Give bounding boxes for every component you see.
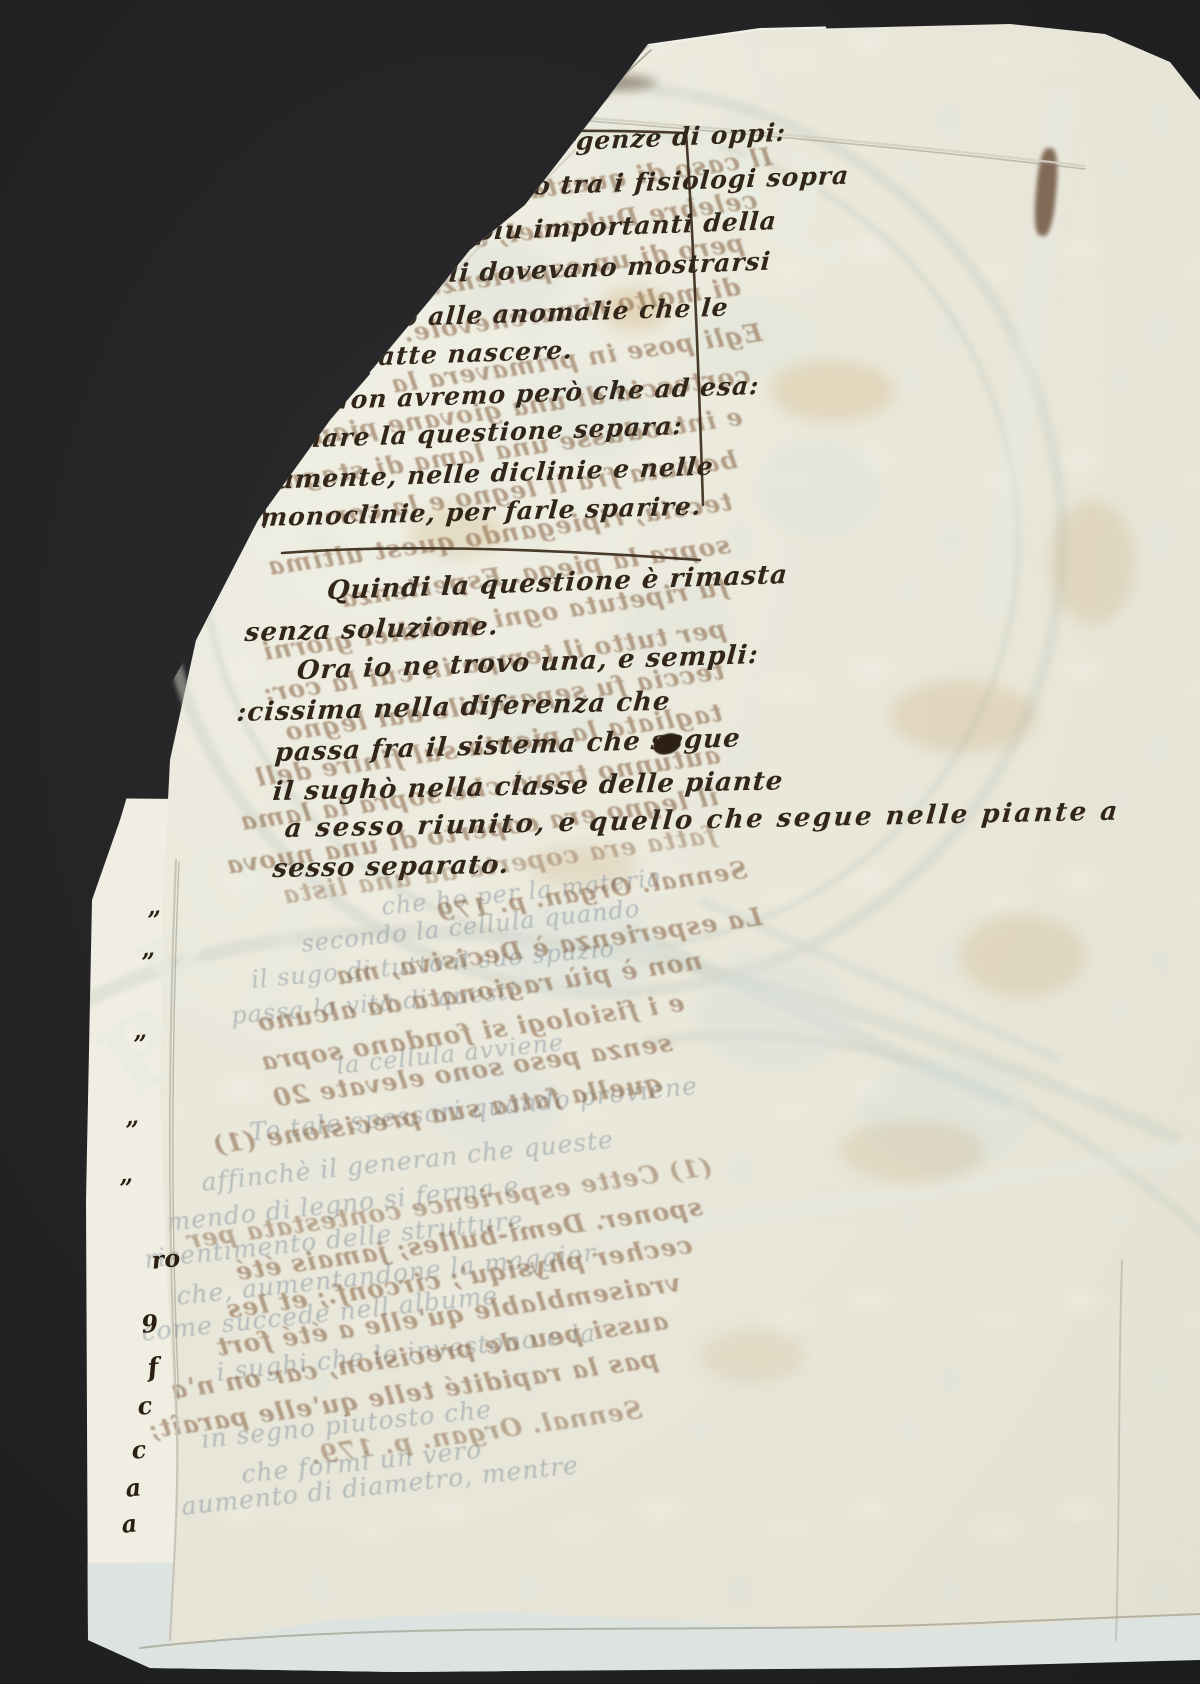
margin-fragment: „	[146, 891, 162, 921]
margin-fragment: ro	[150, 1243, 182, 1275]
watermark-letter: A	[112, 211, 253, 339]
manuscript-line: sesso separato.	[271, 850, 510, 884]
margin-fragment: „	[140, 933, 156, 963]
archival-scan: { "document": { "kind": "handwritten man…	[0, 0, 1200, 1684]
watermark-letter: T	[146, 286, 285, 407]
margin-fragment: „	[124, 1101, 140, 1131]
margin-fragment: „	[118, 1159, 134, 1189]
margin-fragment: c	[130, 1434, 148, 1464]
watermark-letter: I	[172, 370, 299, 461]
heading-line: Alcuni	[297, 44, 411, 89]
margin-fragment: „	[132, 1015, 148, 1045]
paper-stack: V B L A T I O R P D che ho per la materi…	[0, 0, 1200, 1684]
margin-fragment: 9	[140, 1308, 160, 1339]
margin-fragment: a	[124, 1472, 143, 1502]
margin-fragment: a	[120, 1508, 139, 1538]
heading-smudge	[368, 61, 659, 95]
margin-fragment: c	[136, 1390, 154, 1420]
